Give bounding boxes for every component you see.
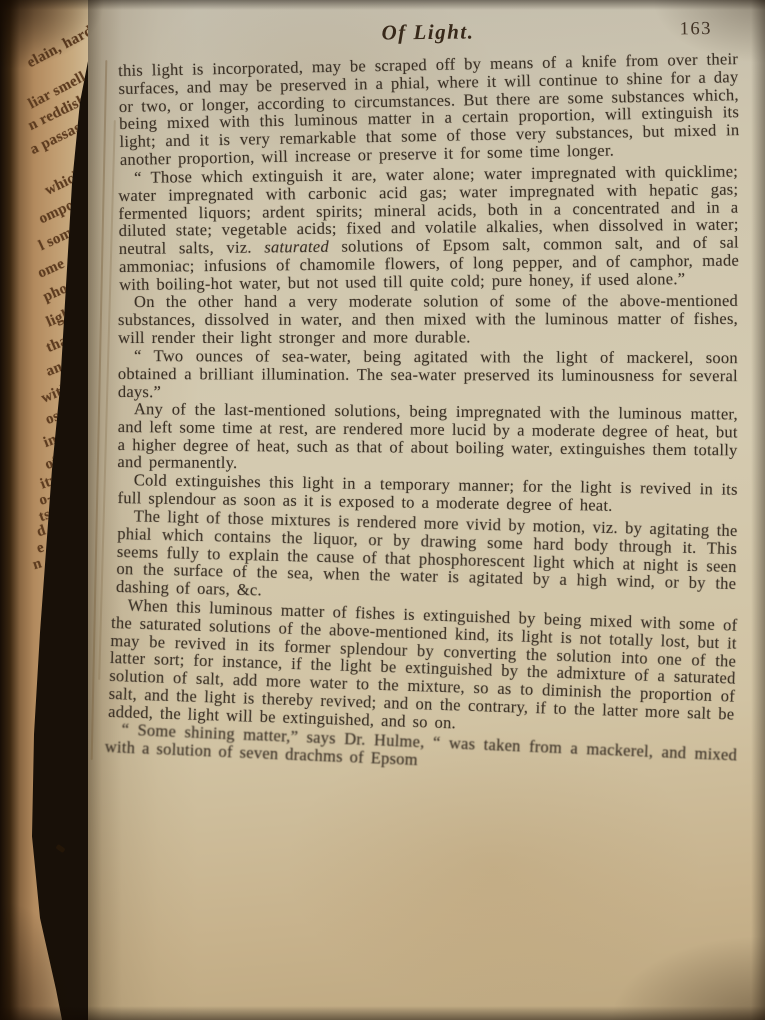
facing-page-text-fragment: d <box>35 522 48 541</box>
paragraph: “ Those which extinguish it are, water a… <box>118 162 739 293</box>
paragraph: this light is incorporated, may be scrap… <box>118 50 740 169</box>
facing-page-text-fragment: ing <box>41 429 67 452</box>
page-text: this light is incorporated, may be scrap… <box>118 62 738 756</box>
facing-page-text-fragment: and <box>44 356 74 381</box>
facing-page-text-fragment: phos- <box>41 276 81 306</box>
facing-page-text-fragment: that <box>44 331 76 357</box>
facing-page-edge: elain, hard liar smell. n reddish a pass… <box>0 0 100 1020</box>
facing-page-text-fragment: which <box>42 167 85 200</box>
paragraph: The light of those mixtures is rendered … <box>116 507 738 611</box>
facing-page-text-fragment: elain, hard <box>24 23 96 72</box>
paragraph: When this luminous matter of fishes is e… <box>108 596 738 741</box>
facing-page-text-fragment: with <box>39 381 73 408</box>
binding-stitch <box>55 844 65 853</box>
facing-page-text-fragment: light <box>44 304 79 332</box>
page-number: 163 <box>680 19 712 40</box>
running-title: Of Light. <box>118 17 738 48</box>
facing-page-text-fragment: ompo- <box>36 195 82 228</box>
facing-page-text-fragment: of <box>43 454 61 474</box>
facing-page-text-fragment: n <box>31 555 44 574</box>
paragraph: “ Two ounces of sea-water, being agitate… <box>118 347 738 403</box>
facing-page-text-fragment: ose <box>43 406 69 429</box>
book-photo: elain, hard liar smell. n reddish a pass… <box>0 0 765 1020</box>
paragraph: Any of the last-mentioned solutions, bei… <box>117 400 738 477</box>
paragraph: On the other hand a very moderate soluti… <box>118 292 738 346</box>
